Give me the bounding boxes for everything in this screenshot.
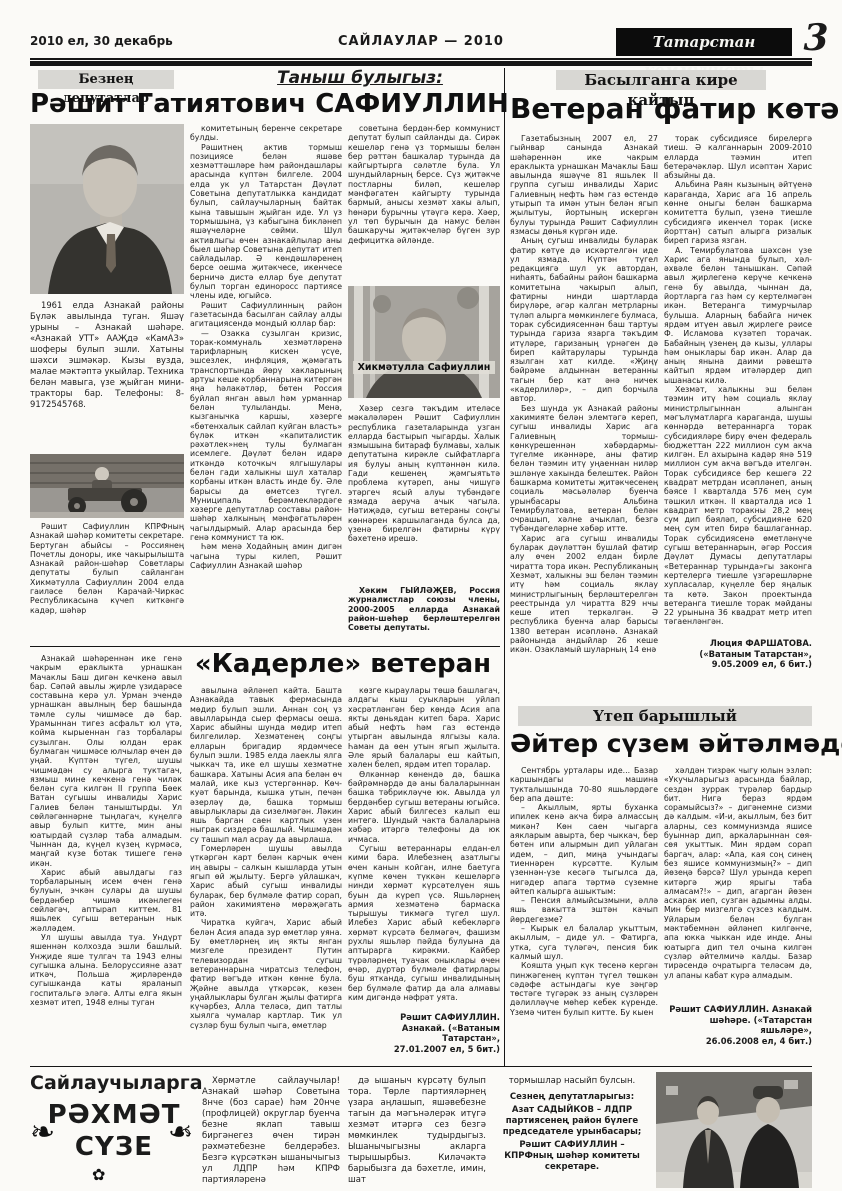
portrait-man-suit bbox=[30, 124, 184, 294]
header-rule-thin bbox=[30, 58, 812, 60]
veteran-col2-text: торак субсидиясе бирелергә тиеш. Ә калга… bbox=[664, 134, 812, 636]
kaderle-col3-text: көзге кыраулары төшә башлагач, алдагы кы… bbox=[348, 686, 500, 1008]
utep-col1-text: Сентябрь урталары иде... Базар каршындаг… bbox=[510, 766, 658, 1064]
kaderle-col2-text: авылына әйләнеп кайта. Башта Азнакайда т… bbox=[190, 686, 342, 1064]
header-rule-thick bbox=[30, 61, 812, 66]
kaderle-col1-text: Азнакай шәһәреннән ике генә чакрым еракл… bbox=[30, 654, 182, 1064]
veteran-signature: Люция ФАРШАТОВА.(«Ватаным Татарстан»,9.0… bbox=[664, 638, 812, 680]
photo-mini-tractor bbox=[30, 454, 184, 518]
headline-kaderle: «Кадерле» ветеран bbox=[186, 648, 500, 680]
issue-date: 2010 ел, 30 декабрь bbox=[30, 34, 250, 48]
lead-meet: Таныш булыгыз: bbox=[235, 68, 485, 88]
deputy-col2-text: комитетының беренче секретаре булды.Рәши… bbox=[190, 124, 342, 642]
photo-hikmatulla-safiullin: Хикмәтулла Сафиуллин bbox=[348, 286, 500, 398]
photo-caption-hikmatulla: Хикмәтулла Сафиуллин bbox=[353, 361, 495, 374]
deputy-col1-text: Рәшит Сафиуллин КПРФның Азнакай шәһәр ко… bbox=[30, 522, 184, 642]
kicker-utep: Үтеп барышлый bbox=[518, 706, 812, 726]
floral-ornament-bottom-icon: ✿ bbox=[92, 1160, 105, 1190]
utep-col2-text: хәлдән тизрәк чыгу юлын эзләп: «Укучылар… bbox=[664, 766, 812, 998]
veteran-col1-text: Газетабызның 2007 ел, 27 гыйнвар санында… bbox=[510, 134, 658, 694]
suze-word: СҮЗЕ bbox=[44, 1132, 184, 1162]
two-men-winter-scene bbox=[656, 1072, 812, 1188]
photo-two-deputies bbox=[656, 1072, 812, 1188]
newspaper-page: 2010 ел, 30 декабрь САЙЛАУЛАР — 2010 Тат… bbox=[0, 0, 842, 1191]
kicker-basylganga: Басылганга кире кайтып bbox=[556, 70, 766, 90]
thanks-col3-line: тормышлар насыйп булсын. bbox=[496, 1076, 648, 1090]
headline-safiullin: Рәшит Гатиятович САФИУЛЛИН bbox=[30, 88, 500, 120]
thanks-col2-text: дә ышаныч күрсәтү булып тора. Төрле парт… bbox=[348, 1076, 486, 1188]
page-number: 3 bbox=[796, 18, 836, 58]
thanks-title: Сайлаучыларга bbox=[30, 1072, 196, 1094]
headline-ayter: Әйтер сүзем әйтәлмәдем... bbox=[510, 728, 812, 759]
thanks-col1-text: Хөрмәтле сайлаучылар! Азнакай шәһәр Сове… bbox=[202, 1076, 340, 1188]
photo-rashit-safiullin bbox=[30, 124, 184, 294]
kaderle-signature: Рәшит САФИУЛЛИН.Азнакай. («Ватаным Татар… bbox=[348, 1012, 500, 1056]
deputy-author-note: Хәким ГЫЙЛӘҖЕВ, Россия журналистлар союз… bbox=[348, 586, 500, 642]
deputy-bio: 1961 елда Азнакай районы Бүләк авылында … bbox=[30, 300, 184, 450]
rahmat-word: РӘХМӘТ bbox=[44, 1100, 184, 1130]
portrait-man-outdoors bbox=[348, 286, 500, 398]
utep-signature: Рәшит САФИУЛЛИН. Азнакайшәһәре. («Татарс… bbox=[664, 1004, 812, 1048]
left-section-divider bbox=[30, 646, 500, 647]
thanks-deputies-list: Сезнең депутатларыгыз:Азат САДЫЙКОВ – ЛД… bbox=[496, 1092, 648, 1188]
masthead: Татарстан коммунисты bbox=[616, 28, 792, 56]
edition-title: САЙЛАУЛАР — 2010 bbox=[280, 34, 562, 49]
headline-veteran: Ветеран фатир көтә bbox=[510, 92, 812, 126]
tractor-scene bbox=[30, 454, 184, 518]
deputy-col3-text-bottom: Хәзер сезгә тәкъдим ителәсе мәкаләләрен … bbox=[348, 404, 500, 582]
kicker-our-deputies: Безнең депутатлар bbox=[38, 70, 174, 89]
section-vertical-divider bbox=[504, 68, 505, 1066]
deputy-col3-text-top: советына бердән-бер коммунист депутат бу… bbox=[348, 124, 500, 282]
bottom-divider bbox=[30, 1066, 812, 1067]
